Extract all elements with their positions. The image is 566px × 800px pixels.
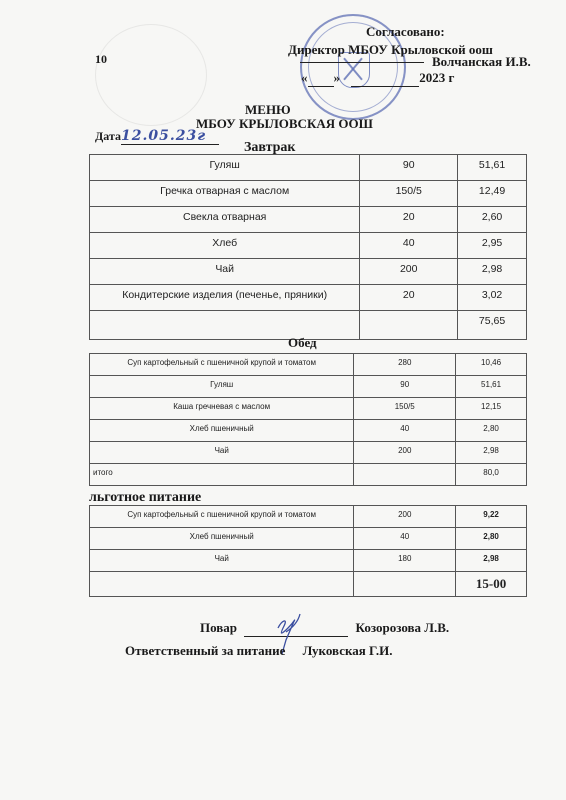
portion: 90 (354, 376, 456, 398)
dish-name: Хлеб пшеничный (90, 420, 354, 442)
price-text: 2,80 (456, 528, 526, 541)
portion: 20 (360, 207, 458, 233)
price: 9,22 (456, 506, 527, 528)
empty-cell (360, 311, 458, 340)
price-text: 12,49 (458, 181, 526, 197)
date-label: Дата (95, 129, 121, 143)
dish-name-text: Чай (90, 442, 353, 455)
dish-name: Хлеб пшеничный (90, 528, 354, 550)
table-row: Хлеб пшеничный402,80 (90, 420, 527, 442)
dish-name-text: Чай (90, 550, 353, 563)
total-value: 75,65 (458, 311, 527, 340)
table-row: Чай1802,98 (90, 550, 527, 572)
portion-text: 200 (354, 506, 455, 519)
bleed-through-stamp (95, 24, 207, 126)
table-row: Кондитерские изделия (печенье, пряники)2… (90, 285, 527, 311)
price: 2,80 (456, 528, 527, 550)
dish-name: Суп картофельный с пшеничной крупой и то… (90, 354, 354, 376)
price: 2,98 (456, 442, 527, 464)
portion-text: 40 (354, 420, 455, 433)
dish-name-text: Хлеб пшеничный (90, 528, 353, 541)
total-value-text: 75,65 (458, 311, 526, 327)
portion-text: 20 (360, 207, 457, 223)
empty-cell (354, 464, 456, 486)
table-row: Чай2002,98 (90, 442, 527, 464)
total-label: итого (90, 464, 354, 486)
dish-name: Чай (90, 442, 354, 464)
portion-text: 150/5 (360, 181, 457, 197)
month-blank (351, 70, 419, 87)
price-text: 2,95 (458, 233, 526, 249)
portion-text: 200 (360, 259, 457, 275)
table-row: Гуляш9051,61 (90, 376, 527, 398)
portion-text: 40 (360, 233, 457, 249)
dish-name: Гречка отварная с маслом (90, 181, 360, 207)
responsible-label: Ответственный за питание (125, 643, 285, 658)
dish-name: Суп картофельный с пшеничной крупой и то… (90, 506, 354, 528)
empty-cell-text (354, 464, 455, 468)
table-row: Хлеб402,95 (90, 233, 527, 259)
breakfast-table: Гуляш9051,61Гречка отварная с маслом150/… (89, 154, 527, 340)
portion: 90 (360, 155, 458, 181)
date-row: Дата12.05.23г (95, 128, 219, 145)
portion: 200 (354, 506, 456, 528)
portion-text: 40 (354, 528, 455, 541)
table-row: Каша гречневая с маслом150/512,15 (90, 398, 527, 420)
portion: 40 (354, 420, 456, 442)
price-text: 2,60 (458, 207, 526, 223)
price-text: 51,61 (458, 155, 526, 171)
dish-name-text: Каша гречневая с маслом (90, 398, 353, 411)
price: 2,80 (456, 420, 527, 442)
approval-date: « » 2023 г (301, 70, 454, 87)
lunch-table: Суп картофельный с пшеничной крупой и то… (89, 353, 527, 486)
price-text: 51,61 (456, 376, 526, 389)
approval-signatory: Волчанская И.В. (432, 54, 531, 70)
dish-name-text: Суп картофельный с пшеничной крупой и то… (90, 506, 353, 519)
price: 12,49 (458, 181, 527, 207)
date-value: 12.05.23г (121, 128, 219, 145)
approval-label: Согласовано: (366, 24, 445, 40)
portion-text: 90 (354, 376, 455, 389)
table-row: Хлеб пшеничный402,80 (90, 528, 527, 550)
total-label-text (93, 311, 359, 315)
portion-text: 180 (354, 550, 455, 563)
empty-cell-text (360, 311, 457, 315)
price: 3,02 (458, 285, 527, 311)
price: 51,61 (458, 155, 527, 181)
table-row: Суп картофельный с пшеничной крупой и то… (90, 354, 527, 376)
responsible-row: Ответственный за питание Луковская Г.И. (125, 643, 392, 659)
portion-text: 150/5 (354, 398, 455, 411)
dish-name: Каша гречневая с маслом (90, 398, 354, 420)
dish-name: Кондитерские изделия (печенье, пряники) (90, 285, 360, 311)
dish-name-text: Чай (90, 259, 359, 275)
table-row: Чай2002,98 (90, 259, 527, 285)
price-text: 10,46 (456, 354, 526, 367)
price: 12,15 (456, 398, 527, 420)
table-row: Гуляш9051,61 (90, 155, 527, 181)
dish-name: Свекла отварная (90, 207, 360, 233)
price: 2,60 (458, 207, 527, 233)
cook-row: Повар Козорозова Л.В. (200, 620, 449, 637)
price: 51,61 (456, 376, 527, 398)
responsible-name: Луковская Г.И. (303, 643, 393, 658)
price-text: 2,98 (456, 550, 526, 563)
dish-name: Хлеб (90, 233, 360, 259)
price-text: 3,02 (458, 285, 526, 301)
total-label-text (93, 572, 353, 576)
price: 2,98 (458, 259, 527, 285)
dish-name-text: Свекла отварная (90, 207, 359, 223)
total-row: 15-00 (90, 572, 527, 597)
dish-name: Чай (90, 550, 354, 572)
price-text: 2,80 (456, 420, 526, 433)
page-number: 10 (95, 52, 107, 67)
preferential-heading: льготное питание (89, 490, 201, 506)
empty-cell-text (354, 572, 455, 576)
total-label (90, 311, 360, 340)
price-text: 9,22 (456, 506, 526, 519)
portion: 280 (354, 354, 456, 376)
total-value: 80,0 (456, 464, 527, 486)
price: 10,46 (456, 354, 527, 376)
dish-name-text: Суп картофельный с пшеничной крупой и то… (90, 354, 353, 367)
portion: 150/5 (354, 398, 456, 420)
lunch-heading: Обед (288, 335, 317, 351)
table-row: Свекла отварная202,60 (90, 207, 527, 233)
total-value: 15-00 (456, 572, 527, 597)
portion-text: 20 (360, 285, 457, 301)
dish-name: Гуляш (90, 155, 360, 181)
portion: 20 (360, 285, 458, 311)
portion-text: 200 (354, 442, 455, 455)
total-label-text: итого (93, 464, 353, 477)
table-row: Суп картофельный с пшеничной крупой и то… (90, 506, 527, 528)
portion: 180 (354, 550, 456, 572)
cook-name: Козорозова Л.В. (356, 620, 450, 635)
total-label (90, 572, 354, 597)
total-value-text: 15-00 (456, 572, 526, 592)
price-text: 2,98 (458, 259, 526, 275)
date-close-quote: » (334, 70, 341, 85)
cook-label: Повар (200, 620, 237, 635)
price: 2,95 (458, 233, 527, 259)
dish-name-text: Гуляш (90, 155, 359, 171)
day-blank (308, 70, 334, 87)
table-row: Гречка отварная с маслом150/512,49 (90, 181, 527, 207)
price-text: 12,15 (456, 398, 526, 411)
portion-text: 90 (360, 155, 457, 171)
total-row: итого80,0 (90, 464, 527, 486)
portion: 40 (360, 233, 458, 259)
dish-name-text: Гуляш (90, 376, 353, 389)
preferential-table: Суп картофельный с пшеничной крупой и то… (89, 505, 527, 597)
price: 2,98 (456, 550, 527, 572)
portion: 40 (354, 528, 456, 550)
portion: 200 (354, 442, 456, 464)
dish-name-text: Хлеб (90, 233, 359, 249)
dish-name-text: Хлеб пшеничный (90, 420, 353, 433)
school-name: МБОУ КРЫЛОВСКАЯ ООШ (196, 116, 373, 132)
price-text: 2,98 (456, 442, 526, 455)
portion: 150/5 (360, 181, 458, 207)
signature-line (300, 62, 424, 63)
dish-name: Гуляш (90, 376, 354, 398)
dish-name: Чай (90, 259, 360, 285)
empty-cell (354, 572, 456, 597)
dish-name-text: Гречка отварная с маслом (90, 181, 359, 197)
approval-year: 2023 г (419, 70, 454, 85)
dish-name-text: Кондитерские изделия (печенье, пряники) (90, 285, 359, 301)
total-value-text: 80,0 (456, 464, 526, 477)
portion-text: 280 (354, 354, 455, 367)
portion: 200 (360, 259, 458, 285)
